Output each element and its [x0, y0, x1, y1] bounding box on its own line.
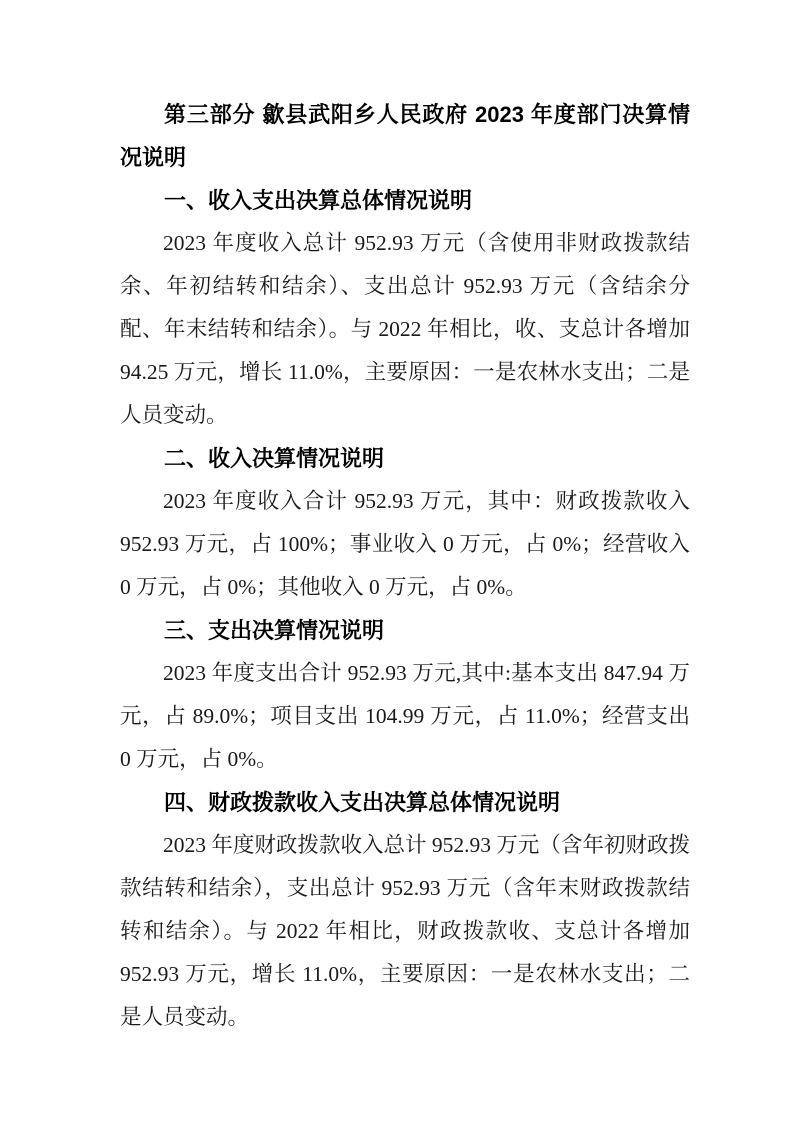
- section-heading-1: 一、收入支出决算总体情况说明: [120, 179, 690, 222]
- section-paragraph: 2023 年度收入合计 952.93 万元，其中：财政拨款收入 952.93 万…: [120, 480, 690, 609]
- document-title: 第三部分 歙县武阳乡人民政府 2023 年度部门决算情况说明: [120, 93, 690, 179]
- section-heading-2: 二、收入决算情况说明: [120, 437, 690, 480]
- document-page: 第三部分 歙县武阳乡人民政府 2023 年度部门决算情况说明 一、收入支出决算总…: [0, 0, 793, 1122]
- section-income-details: 二、收入决算情况说明 2023 年度收入合计 952.93 万元，其中：财政拨款…: [120, 437, 690, 609]
- section-paragraph: 2023 年度收入总计 952.93 万元（含使用非财政拨款结余、年初结转和结余…: [120, 222, 690, 437]
- section-paragraph: 2023 年度财政拨款收入总计 952.93 万元（含年初财政拨款结转和结余），…: [120, 824, 690, 1039]
- section-heading-4: 四、财政拨款收入支出决算总体情况说明: [120, 781, 690, 824]
- section-expenditure-details: 三、支出决算情况说明 2023 年度支出合计 952.93 万元,其中:基本支出…: [120, 609, 690, 781]
- section-income-expenditure-overview: 一、收入支出决算总体情况说明 2023 年度收入总计 952.93 万元（含使用…: [120, 179, 690, 437]
- section-paragraph: 2023 年度支出合计 952.93 万元,其中:基本支出 847.94 万元，…: [120, 652, 690, 781]
- section-fiscal-appropriation-overview: 四、财政拨款收入支出决算总体情况说明 2023 年度财政拨款收入总计 952.9…: [120, 781, 690, 1039]
- section-heading-3: 三、支出决算情况说明: [120, 609, 690, 652]
